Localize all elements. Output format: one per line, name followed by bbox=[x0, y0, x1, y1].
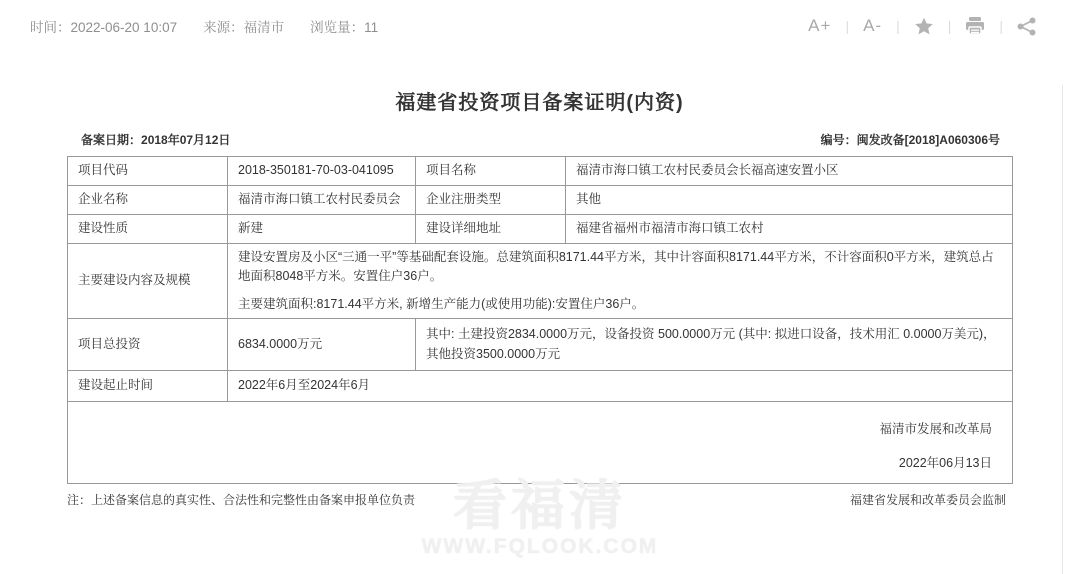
signature-cell: 福清市发展和改革局 2022年06月13日 bbox=[68, 402, 1013, 484]
view-count-value: 11 bbox=[364, 20, 378, 35]
toolbar-separator: | bbox=[896, 18, 900, 34]
certificate-title: 福建省投资项目备案证明(内资) bbox=[67, 86, 1012, 115]
registration-type-value: 其他 bbox=[566, 186, 1013, 215]
watermark-site-url: WWW.FQLOOK.COM bbox=[422, 535, 659, 559]
project-code-label: 项目代码 bbox=[68, 157, 228, 186]
toolbar-separator: | bbox=[999, 18, 1003, 34]
table-row: 项目代码 2018-350181-70-03-041095 项目名称 福清市海口… bbox=[68, 157, 1013, 186]
table-row: 建设起止时间 2022年6月至2024年6月 bbox=[68, 371, 1013, 402]
filing-date-value: 2018年07月12日 bbox=[141, 133, 230, 147]
project-name-value: 福清市海口镇工农村民委员会长福高速安置小区 bbox=[566, 157, 1013, 186]
favorite-star-icon[interactable] bbox=[914, 17, 934, 36]
font-decrease-button[interactable]: A- bbox=[863, 16, 882, 36]
certificate-number-value: 闽发改备[2018]A060306号 bbox=[857, 133, 1000, 147]
construction-period-label: 建设起止时间 bbox=[68, 371, 228, 402]
construction-nature-value: 新建 bbox=[228, 215, 416, 244]
certificate-table: 项目代码 2018-350181-70-03-041095 项目名称 福清市海口… bbox=[67, 156, 1013, 484]
enterprise-name-value: 福清市海口镇工农村民委员会 bbox=[228, 186, 416, 215]
issuing-agency: 福清市发展和改革局 bbox=[78, 420, 992, 439]
table-row: 项目总投资 6834.0000万元 其中: 土建投资2834.0000万元，设备… bbox=[68, 319, 1013, 371]
project-name-label: 项目名称 bbox=[416, 157, 566, 186]
certificate-footer: 注：上述备案信息的真实性、合法性和完整性由备案申报单位负责 福建省发展和改革委员… bbox=[67, 491, 1012, 508]
page-right-divider bbox=[1062, 85, 1063, 574]
publish-time: 时间：2022-06-20 10:07 bbox=[30, 16, 177, 36]
publish-time-value: 2022-06-20 10:07 bbox=[71, 20, 178, 35]
enterprise-name-label: 企业名称 bbox=[68, 186, 228, 215]
main-content-paragraph-1: 建设安置房及小区“三通一平”等基础配套设施。总建筑面积8171.44平方米，其中… bbox=[238, 248, 1002, 287]
table-row: 福清市发展和改革局 2022年06月13日 bbox=[68, 402, 1013, 484]
source: 来源：福清市 bbox=[203, 16, 284, 36]
footer-supervisor: 福建省发展和改革委员会监制 bbox=[850, 491, 1006, 508]
article-toolbar: A+ | A- | | | bbox=[808, 16, 1036, 36]
construction-nature-label: 建设性质 bbox=[68, 215, 228, 244]
certificate-number: 编号：闽发改备[2018]A060306号 bbox=[821, 131, 1000, 148]
publish-time-label: 时间： bbox=[30, 20, 71, 35]
article-page: 时间：2022-06-20 10:07 来源：福清市 浏览量：11 A+ | A… bbox=[0, 0, 1080, 574]
printer-icon[interactable] bbox=[965, 17, 985, 35]
toolbar-separator: | bbox=[948, 18, 952, 34]
table-row: 企业名称 福清市海口镇工农村民委员会 企业注册类型 其他 bbox=[68, 186, 1013, 215]
investment-breakdown: 其中: 土建投资2834.0000万元，设备投资 500.0000万元 (其中:… bbox=[416, 319, 1013, 371]
view-count: 浏览量：11 bbox=[310, 16, 378, 36]
article-meta-bar: 时间：2022-06-20 10:07 来源：福清市 浏览量：11 A+ | A… bbox=[30, 16, 1036, 36]
filing-date-label: 备案日期： bbox=[81, 133, 141, 147]
address-label: 建设详细地址 bbox=[416, 215, 566, 244]
project-code-value: 2018-350181-70-03-041095 bbox=[228, 157, 416, 186]
issue-date: 2022年06月13日 bbox=[78, 454, 992, 473]
address-value: 福建省福州市福清市海口镇工农村 bbox=[566, 215, 1013, 244]
toolbar-separator: | bbox=[845, 18, 849, 34]
filing-certificate: 福建省投资项目备案证明(内资) 备案日期：2018年07月12日 编号：闽发改备… bbox=[67, 86, 1012, 508]
source-label: 来源： bbox=[203, 20, 244, 35]
main-content-label: 主要建设内容及规模 bbox=[68, 244, 228, 319]
total-investment-label: 项目总投资 bbox=[68, 319, 228, 371]
total-investment-value: 6834.0000万元 bbox=[228, 319, 416, 371]
table-row: 建设性质 新建 建设详细地址 福建省福州市福清市海口镇工农村 bbox=[68, 215, 1013, 244]
filing-date: 备案日期：2018年07月12日 bbox=[81, 131, 230, 148]
share-icon[interactable] bbox=[1017, 17, 1036, 36]
view-count-label: 浏览量： bbox=[310, 20, 364, 35]
article-meta-info: 时间：2022-06-20 10:07 来源：福清市 浏览量：11 bbox=[30, 16, 378, 36]
construction-period-value: 2022年6月至2024年6月 bbox=[228, 371, 1013, 402]
main-content-value: 建设安置房及小区“三通一平”等基础配套设施。总建筑面积8171.44平方米，其中… bbox=[228, 244, 1013, 319]
certificate-meta-row: 备案日期：2018年07月12日 编号：闽发改备[2018]A060306号 bbox=[67, 131, 1012, 148]
footer-note: 注：上述备案信息的真实性、合法性和完整性由备案申报单位负责 bbox=[67, 491, 415, 508]
source-value: 福清市 bbox=[244, 20, 285, 35]
registration-type-label: 企业注册类型 bbox=[416, 186, 566, 215]
certificate-number-label: 编号： bbox=[821, 133, 857, 147]
main-content-paragraph-2: 主要建筑面积:8171.44平方米, 新增生产能力(或使用功能):安置住户36户… bbox=[238, 295, 1002, 314]
font-increase-button[interactable]: A+ bbox=[808, 16, 831, 36]
table-row: 主要建设内容及规模 建设安置房及小区“三通一平”等基础配套设施。总建筑面积817… bbox=[68, 244, 1013, 319]
